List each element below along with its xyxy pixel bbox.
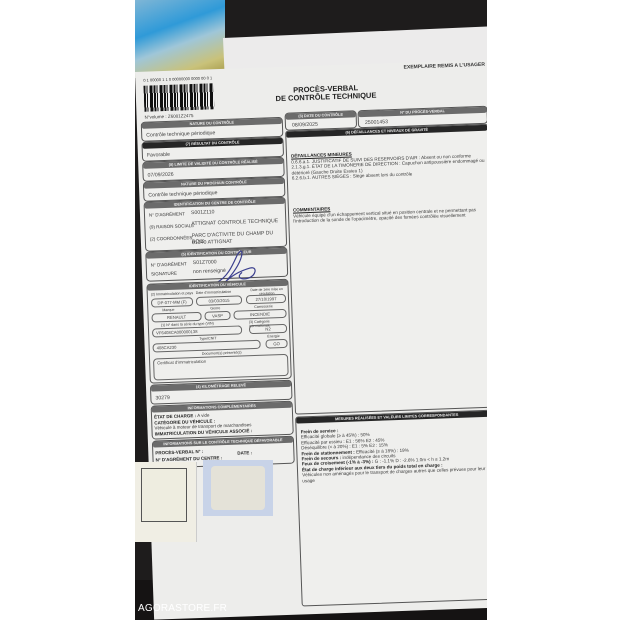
date-controle-value: 08/09/2025 [292,122,318,129]
premiere-mise-value: 27/10/1997 [246,294,286,304]
carrosserie-value: INCENDIE [233,309,286,320]
vehicule-box: IDENTIFICATION DU VÉHICULE (2) Immatricu… [146,279,291,384]
copy-label: EXEMPLAIRE REMIS A L'USAGER [404,62,486,71]
genre-value: VASP [204,311,230,321]
centre-agrement-label: N° D'AGRÉMENT [149,211,185,217]
type-value: 408CA230 [152,340,260,353]
centre-coord-label: (2) COORDONNÉES [150,235,193,241]
categorie-value: N2 [249,324,287,334]
marque-label: Marque [162,308,174,312]
marque-value: RENAULT [151,312,201,323]
prochain-value: Contrôle technique périodique [148,190,217,198]
watermark: AGORASTORE.FR [138,603,227,614]
nature-controle-header: NATURE DU CONTRÔLE [142,118,282,129]
vin-value: VF6408CA000000138 [152,325,242,337]
document-title: PROCÈS-VERBAL DE CONTRÔLE TECHNIQUE [246,83,406,105]
immat-label: (2) Immatriculation et pays [151,291,193,296]
top-small-text: 0 1 00000 1 1 0 00000000 0000 00 0 1 [143,75,212,82]
controleur-signature-label: SIGNATURE [151,271,177,277]
validite-value: 07/09/2026 [148,172,174,179]
energie-value: GO [265,339,287,349]
background-folder [135,0,225,78]
mesures-box: MESURES RÉALISÉES ET VALEURS LIMITES COR… [295,410,487,607]
security-stamp-inner [211,466,265,510]
centre-raison-value: ATTIGNAT CONTROLE TECHNIQUE [191,218,278,227]
genre-label: Genre [210,306,220,310]
numero-pv-value: 25001453 [365,119,388,126]
volume-label: N°volume : Z6001Z2475 [144,113,193,120]
complementaires-box: INFORMATIONS COMPLÉMENTAIRES ÉTAT DE CHA… [151,401,294,440]
mesures-content: Frein de service : Efficacité globale (≥… [301,423,487,484]
numero-pv-header: N° DU PROCÈS-VERBAL [359,107,487,117]
defavorable-date-label: DATE : [237,450,252,456]
resultat-value: Favorable [147,152,170,159]
centre-coord-line2: 01340 ATTIGNAT [192,239,233,246]
energie-label: Énergie [267,334,280,338]
kilometrage-value: 30279 [155,395,170,402]
defaillances-box: (6) DÉFAILLANCES ET NIVEAUX DE GRAVITÉ D… [285,124,487,415]
nature-controle-value: Contrôle technique périodique [146,130,215,138]
defavorable-pv-label: PROCÈS-VERBAL N° : [155,449,203,456]
document-photo: 0 1 00000 1 1 0 00000000 0000 00 0 1 N°v… [135,0,487,620]
carrosserie-label: Carrosserie [254,304,273,309]
controleur-agrement-label: N° D'AGRÉMENT [151,261,187,267]
centre-agrement-value: S001Z110 [191,209,215,216]
document-presente-value: Certificat d'immatriculation [153,354,289,381]
immat-value: DP-077-MM (F) [151,297,193,307]
date-controle-header: (3) DATE DU CONTRÔLE [286,111,356,119]
type-label: Type/CNIT [199,336,216,341]
date-immat-label: Date d'immatriculation [196,290,232,295]
barcode [143,83,214,111]
paper-flap-frame [141,468,187,522]
centre-box: IDENTIFICATION DU CENTRE DE CONTRÔLE N° … [144,197,288,252]
date-immat-value: 03/03/2015 [196,295,242,306]
centre-raison-label: (9) RAISON SOCIALE [149,223,194,230]
